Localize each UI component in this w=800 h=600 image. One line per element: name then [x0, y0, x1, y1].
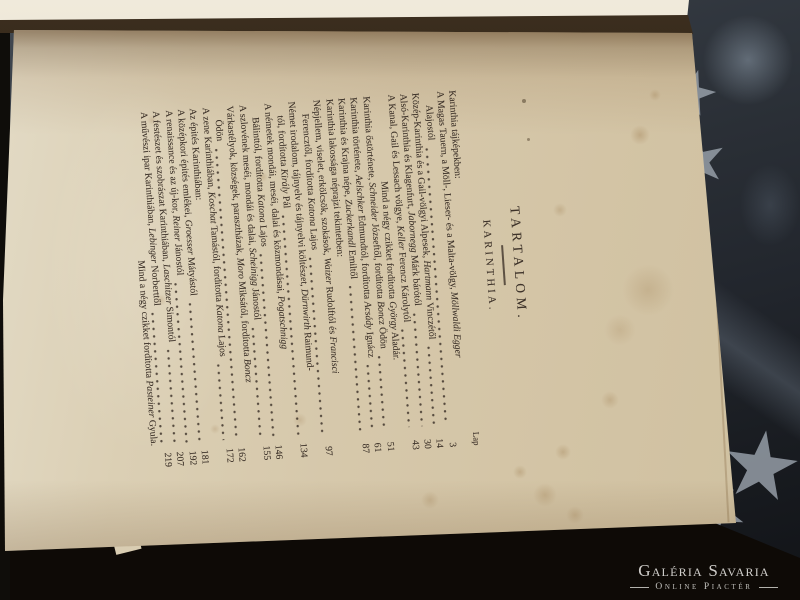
toc-author-name: Schneider — [366, 182, 380, 221]
toc-page-number: 87 — [359, 433, 371, 454]
toc-page-number: 162 — [235, 442, 247, 463]
toc-page-number: 181 — [198, 444, 210, 465]
toc-author-name: Király — [278, 168, 291, 193]
toc-text-segment: Ödön — [376, 324, 389, 349]
toc-author-name: Acsády — [362, 301, 375, 330]
toc-author-name: Groesser — [182, 219, 195, 255]
toc-author-name: Katona — [305, 197, 318, 226]
foxing-spot — [421, 491, 439, 509]
toc-text-segment: Jánostól — [172, 241, 185, 276]
foxing-spot — [513, 465, 527, 479]
toc-author-name: György — [387, 301, 400, 330]
toc-list: Karinthia tájképekben:LapA Magas Tauern,… — [124, 90, 483, 468]
toc-text-segment: Lajos — [307, 226, 320, 251]
foxing-spot — [604, 314, 636, 346]
toc-author-name: Boncz — [374, 301, 387, 325]
foxing-spot — [622, 264, 674, 316]
toc-text-segment: Ignácz — [364, 329, 377, 358]
toc-author-name: Boncz — [242, 358, 255, 382]
watermark-dash — [630, 587, 649, 588]
toc-author-name: Katona — [255, 194, 268, 223]
foxing-spot — [649, 89, 661, 101]
toc-author-name: Koschat — [205, 191, 218, 223]
toc-page-number: 3 — [445, 427, 457, 448]
toc-author-name: Katona — [213, 304, 226, 333]
fabric-fold-highlight — [730, 150, 800, 260]
foxing-spot — [630, 125, 650, 145]
watermark-subtitle: Online Piactér — [618, 582, 790, 592]
toc-page-number: 43 — [408, 429, 420, 450]
foxing-spot — [601, 391, 619, 409]
toc-author-name: Lebinger — [146, 228, 159, 264]
toc-page-number: 134 — [297, 437, 309, 458]
toc-text-segment: Lajos — [215, 332, 228, 357]
toc-author-name: Reiner — [170, 215, 183, 242]
watermark: Galéria Savaria Online Piactér — [618, 561, 790, 592]
ink-fleck — [527, 138, 530, 141]
page-crease — [702, 35, 730, 522]
watermark-subtitle-text: Online Piactér — [655, 582, 752, 592]
toc-text: Ödön — [213, 119, 225, 141]
toc-page-number: 207 — [173, 446, 185, 467]
toc-page-number: 14 — [433, 428, 445, 449]
toc-author-name: Waizer — [322, 257, 335, 284]
toc-text-segment: Jánostól — [249, 286, 262, 321]
toc-page-number: 51 — [384, 431, 396, 452]
book-page: TARTALOM. KARINTHIA. Karinthia tájképekb… — [0, 0, 800, 600]
ink-fleck — [522, 99, 526, 103]
foxing-spot — [553, 203, 567, 217]
toc-page-number: 97 — [322, 435, 334, 456]
watermark-dash — [759, 587, 778, 588]
toc-text-segment: Aladár. — [389, 330, 402, 361]
toc-text-segment: Pál — [280, 193, 292, 209]
foxing-spot — [533, 483, 557, 507]
fabric-fold-highlight — [688, 0, 800, 120]
toc-author-name: Keller — [394, 225, 407, 250]
foxing-spot — [555, 444, 571, 460]
watermark-title: Galéria Savaria — [618, 561, 790, 581]
toc-text-segment: Ödön — [213, 119, 225, 141]
toc-page-number: 219 — [161, 447, 173, 468]
toc-page-number: 30 — [421, 429, 433, 450]
toc-text-segment: Gyula. — [147, 417, 160, 446]
toc-page-number: 146 — [272, 439, 284, 460]
toc-text-segment: Emiltől — [346, 247, 359, 279]
toc-text-segment: Lajos — [257, 222, 270, 247]
book-photo-scene: TARTALOM. KARINTHIA. Karinthia tájképekb… — [0, 0, 800, 600]
toc-page-number: 61 — [371, 432, 383, 453]
toc-page-number: 172 — [223, 442, 235, 463]
page-column-header: Lap — [472, 431, 483, 445]
title-rule — [502, 245, 506, 285]
toc-page-number: 192 — [186, 445, 198, 466]
toc-author-name: Moro — [235, 257, 247, 279]
toc-page-content: TARTALOM. KARINTHIA. Karinthia tájképekb… — [69, 86, 539, 472]
toc-page-number: 155 — [260, 440, 272, 461]
foxing-spot — [566, 506, 584, 524]
